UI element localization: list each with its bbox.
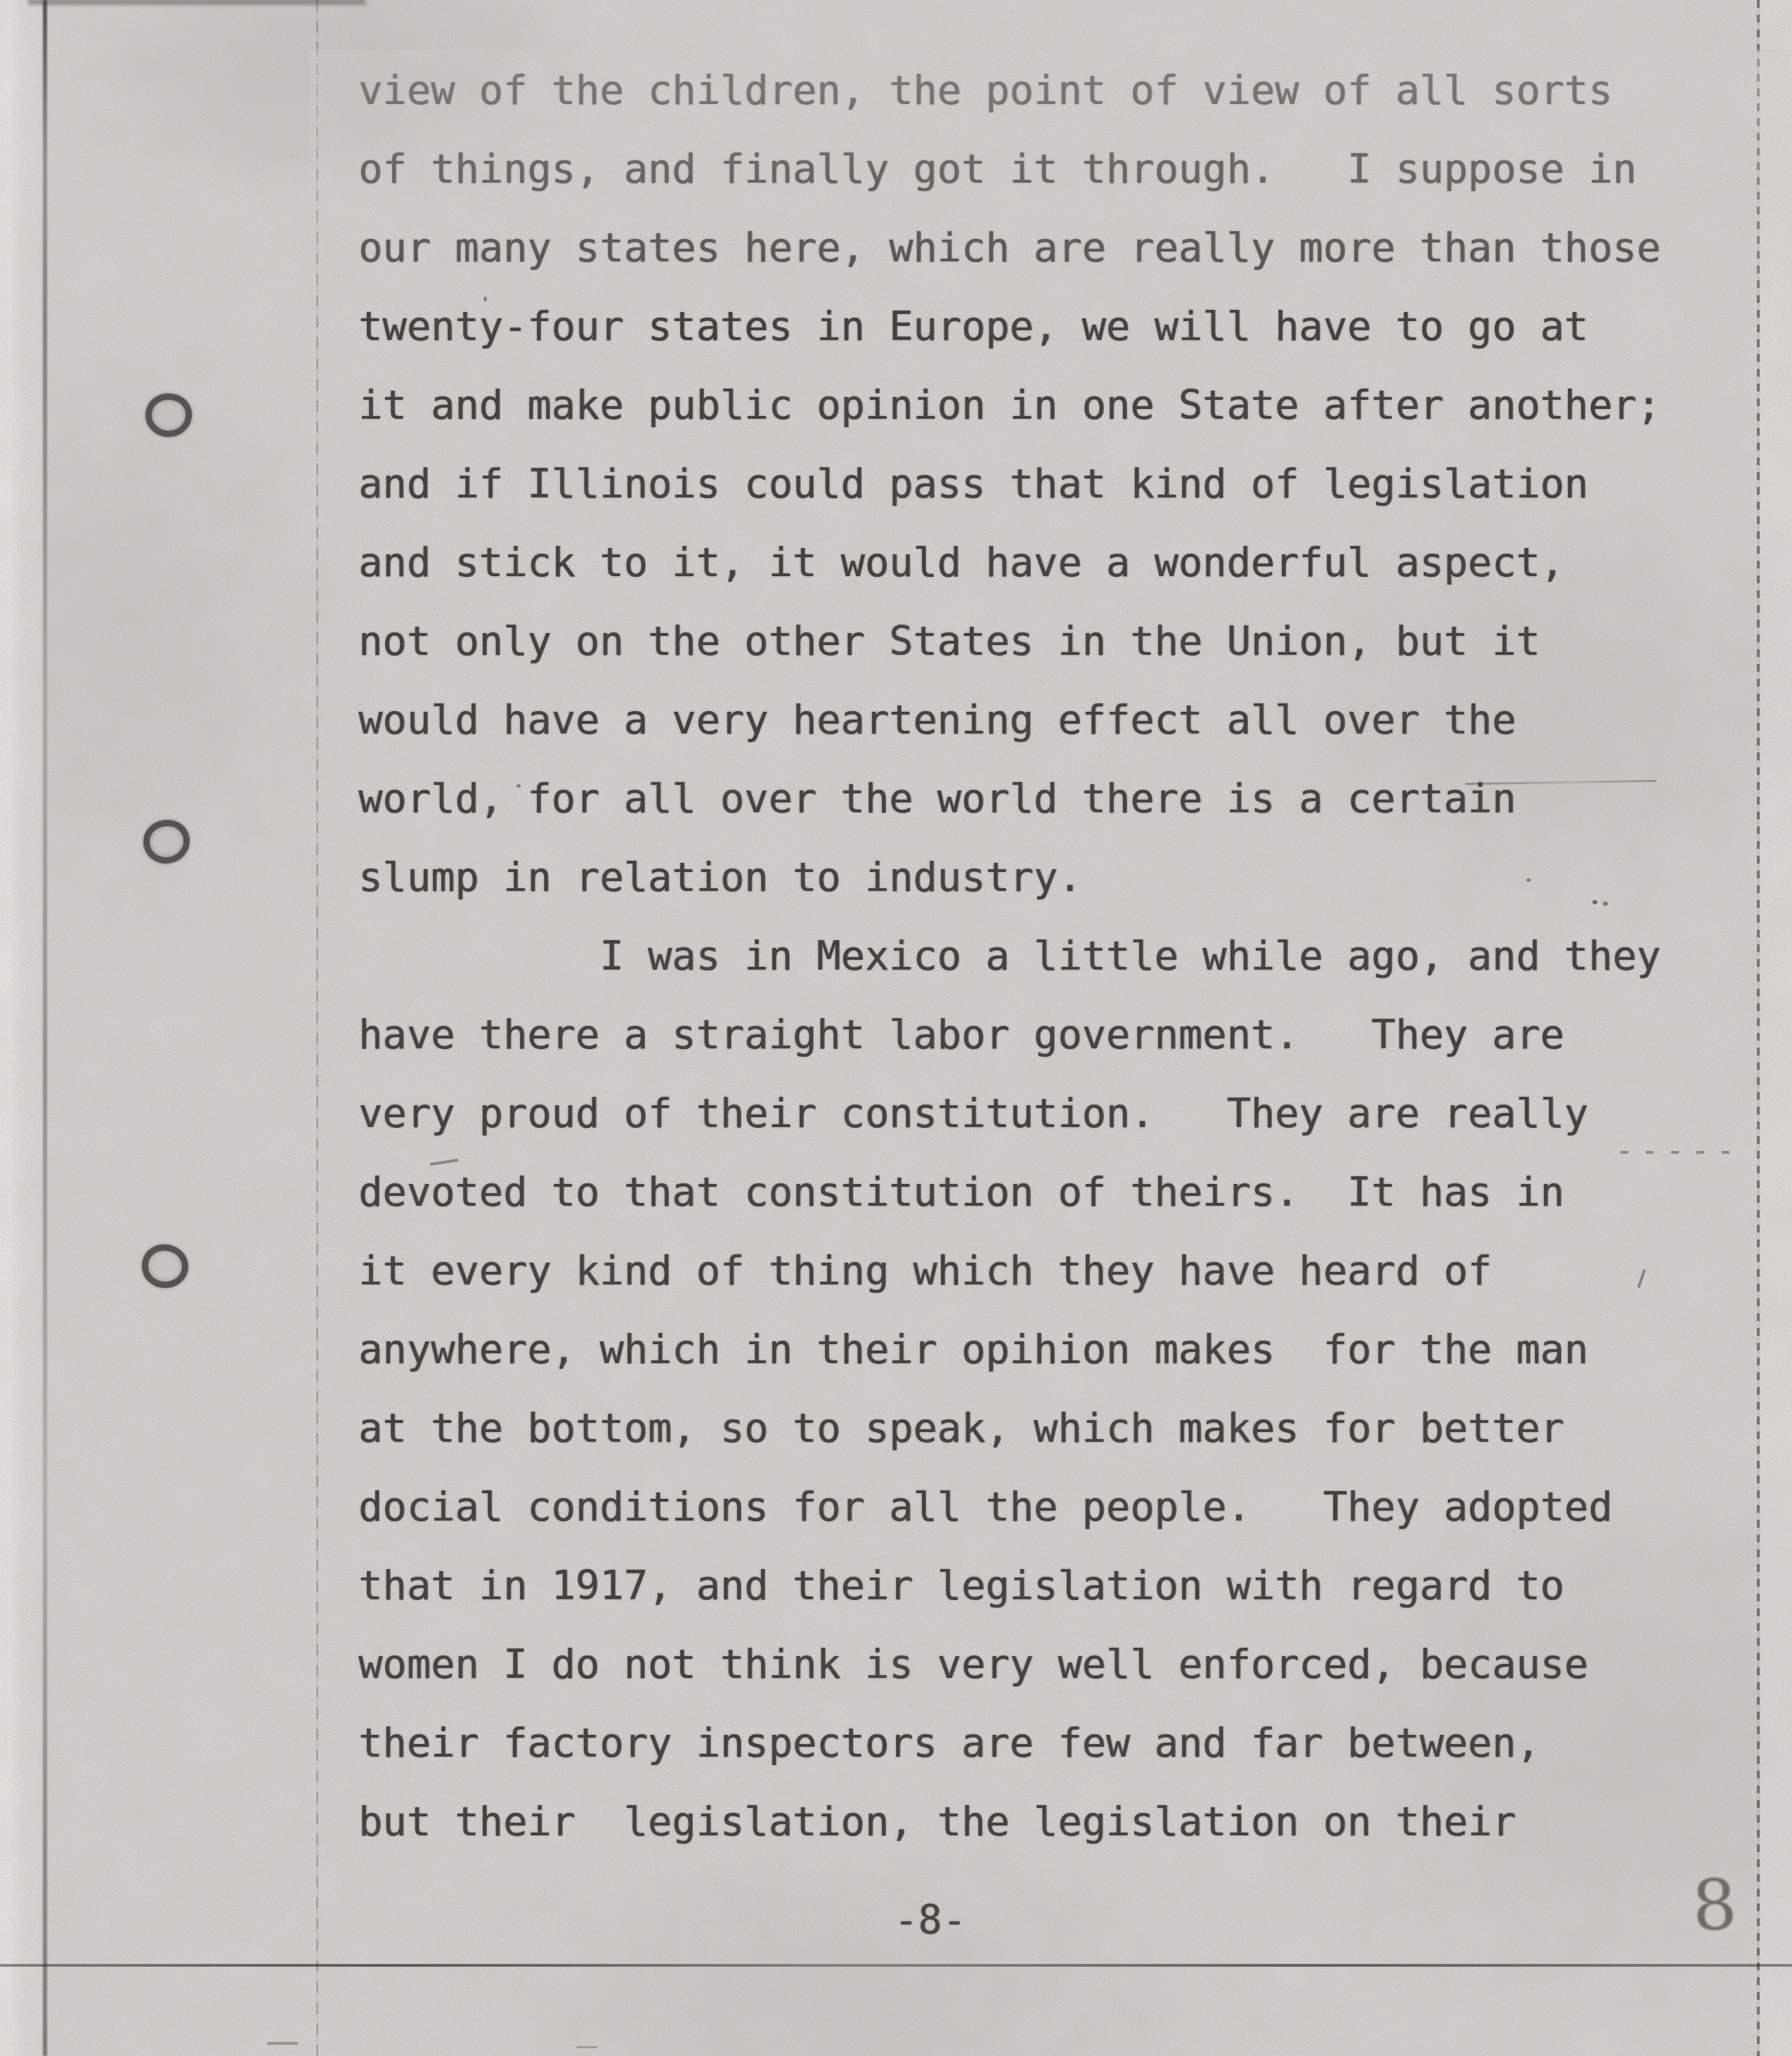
typewritten-line: that in 1917, and their legislation with… [358, 1547, 1661, 1625]
typewritten-line: anywhere, which in their opihion makes f… [358, 1310, 1661, 1389]
typewritten-line: but their legislation, the legislation o… [358, 1783, 1661, 1861]
left-margin-strip [0, 0, 44, 2056]
left-page-edge-line [43, 0, 47, 2056]
typewritten-line: world, for all over the world there is a… [358, 760, 1661, 838]
typewritten-line: have there a straight labor government. … [358, 996, 1661, 1074]
typewritten-line: it every kind of thing which they have h… [358, 1232, 1661, 1310]
hole-punch [143, 391, 194, 440]
scanned-document-page: view of the children, the point of view … [0, 0, 1792, 2056]
typewritten-line: would have a very heartening effect all … [358, 681, 1661, 760]
typewritten-line: docial conditions for all the people. Th… [358, 1468, 1661, 1547]
typewritten-line: I was in Mexico a little while ago, and … [358, 917, 1661, 996]
hole-punch [142, 819, 191, 865]
typewritten-line: at the bottom, so to speak, which makes … [358, 1389, 1661, 1468]
right-margin-strip [1760, 0, 1792, 2056]
typewritten-line: women I do not think is very well enforc… [358, 1625, 1661, 1704]
vertical-fold-line [316, 0, 318, 2056]
typewritten-line: of things, and finally got it through. I… [358, 130, 1661, 209]
typewritten-line: not only on the other States in the Unio… [358, 602, 1661, 681]
bottom-page-edge-line [0, 1964, 1792, 1967]
stamped-page-number: 8 [1690, 1869, 1739, 1941]
typewritten-line: slump in relation to industry. [358, 838, 1661, 917]
typewritten-line: very proud of their constitution. They a… [358, 1074, 1661, 1153]
hole-punch [142, 1244, 188, 1288]
typewritten-line: twenty-four states in Europe, we will ha… [358, 287, 1661, 366]
footer-page-marker: -8- [894, 1897, 966, 1944]
typewritten-line: and stick to it, it would have a wonderf… [358, 523, 1661, 602]
typewritten-line: their factory inspectors are few and far… [358, 1704, 1661, 1783]
typewritten-line: and if Illinois could pass that kind of … [358, 445, 1661, 523]
top-edge-smudge [28, 0, 365, 5]
typewritten-line: view of the children, the point of view … [358, 51, 1661, 130]
ink-speck [267, 2042, 298, 2045]
right-page-edge-dotted-line [1757, 0, 1760, 2056]
typewritten-text-block: view of the children, the point of view … [358, 51, 1661, 1861]
typewritten-line: it and make public opinion in one State … [358, 366, 1661, 445]
ink-speck [576, 2046, 597, 2048]
typewritten-line: devoted to that constitution of theirs. … [358, 1153, 1661, 1232]
typewritten-line: our many states here, which are really m… [358, 209, 1661, 287]
